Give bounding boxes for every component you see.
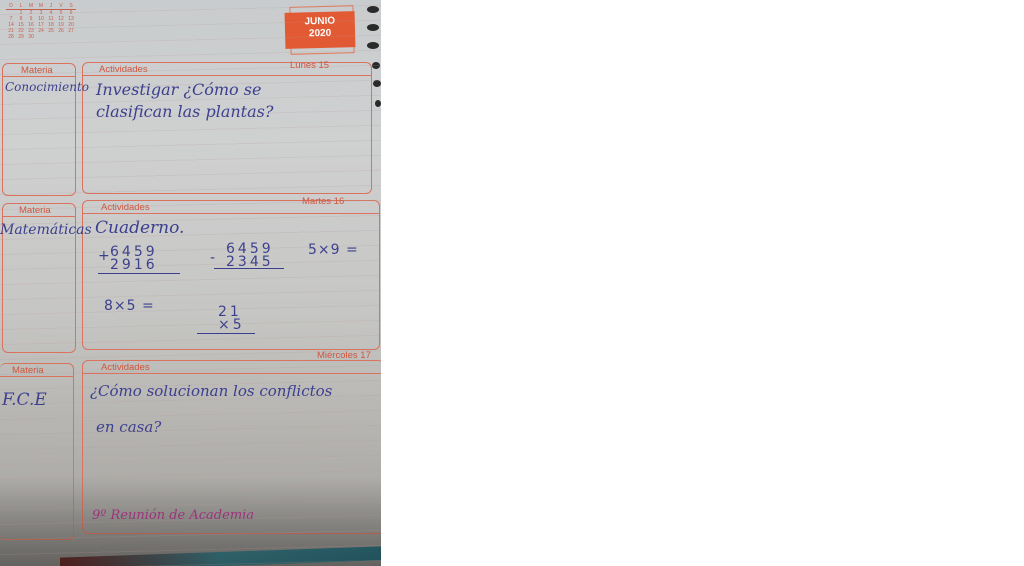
sub-underline [214, 268, 284, 269]
materia-text: Conocimiento [5, 80, 89, 94]
spiral-ring-icon [372, 62, 380, 69]
day-label: Martes 16 [302, 196, 344, 207]
divider [83, 75, 371, 76]
month-badge: JUNIO 2020 [285, 11, 356, 49]
badge-year: 2020 [285, 27, 355, 41]
materia-label: Materia [12, 365, 44, 376]
materia-text: Matemáticas [0, 222, 92, 238]
actividades-label: Actividades [99, 64, 148, 75]
actividad-line: en casa? [96, 418, 161, 436]
mult-underline [197, 333, 255, 334]
actividad-line: Cuaderno. [95, 218, 184, 238]
spiral-ring-icon [375, 100, 381, 107]
divider [83, 373, 381, 374]
actividades-label: Actividades [101, 202, 150, 213]
sum-bottom: 2916 [110, 259, 158, 271]
spiral-ring-icon [367, 6, 379, 13]
mult-bottom: ×5 [218, 319, 245, 331]
background-object [60, 546, 381, 566]
actividad-line: clasifican las plantas? [96, 102, 273, 121]
divider [83, 213, 379, 214]
mult-5x9: 5×9 = [308, 244, 359, 256]
day-label: Lunes 15 [290, 60, 329, 71]
actividad-line: ¿Cómo solucionan los conflictos [90, 382, 332, 400]
divider [3, 76, 75, 77]
sub-operator: - [210, 252, 218, 264]
planner-photo: D L M M J V S 123456 78910111213 1415161… [0, 0, 381, 566]
calendar-week: 282930 [6, 34, 76, 40]
materia-text: F.C.E [2, 390, 47, 410]
materia-label: Materia [21, 65, 53, 76]
mult-8x5: 8×5 = [104, 300, 155, 312]
sum-underline [98, 273, 180, 274]
actividad-line: Investigar ¿Cómo se [96, 80, 261, 99]
divider [3, 216, 75, 217]
actividades-label: Actividades [101, 362, 150, 373]
spiral-ring-icon [367, 24, 379, 31]
divider [0, 376, 73, 377]
spiral-ring-icon [367, 42, 379, 49]
sub-bottom: 2345 [226, 256, 274, 268]
calendar-header: D L M M J V S [6, 3, 76, 10]
materia-label: Materia [19, 205, 51, 216]
spiral-ring-icon [373, 80, 381, 87]
mini-calendar: D L M M J V S 123456 78910111213 1415161… [6, 3, 76, 40]
day-label: Miércoles 17 [317, 350, 371, 361]
note-text: 9º Reunión de Academia [92, 508, 254, 523]
